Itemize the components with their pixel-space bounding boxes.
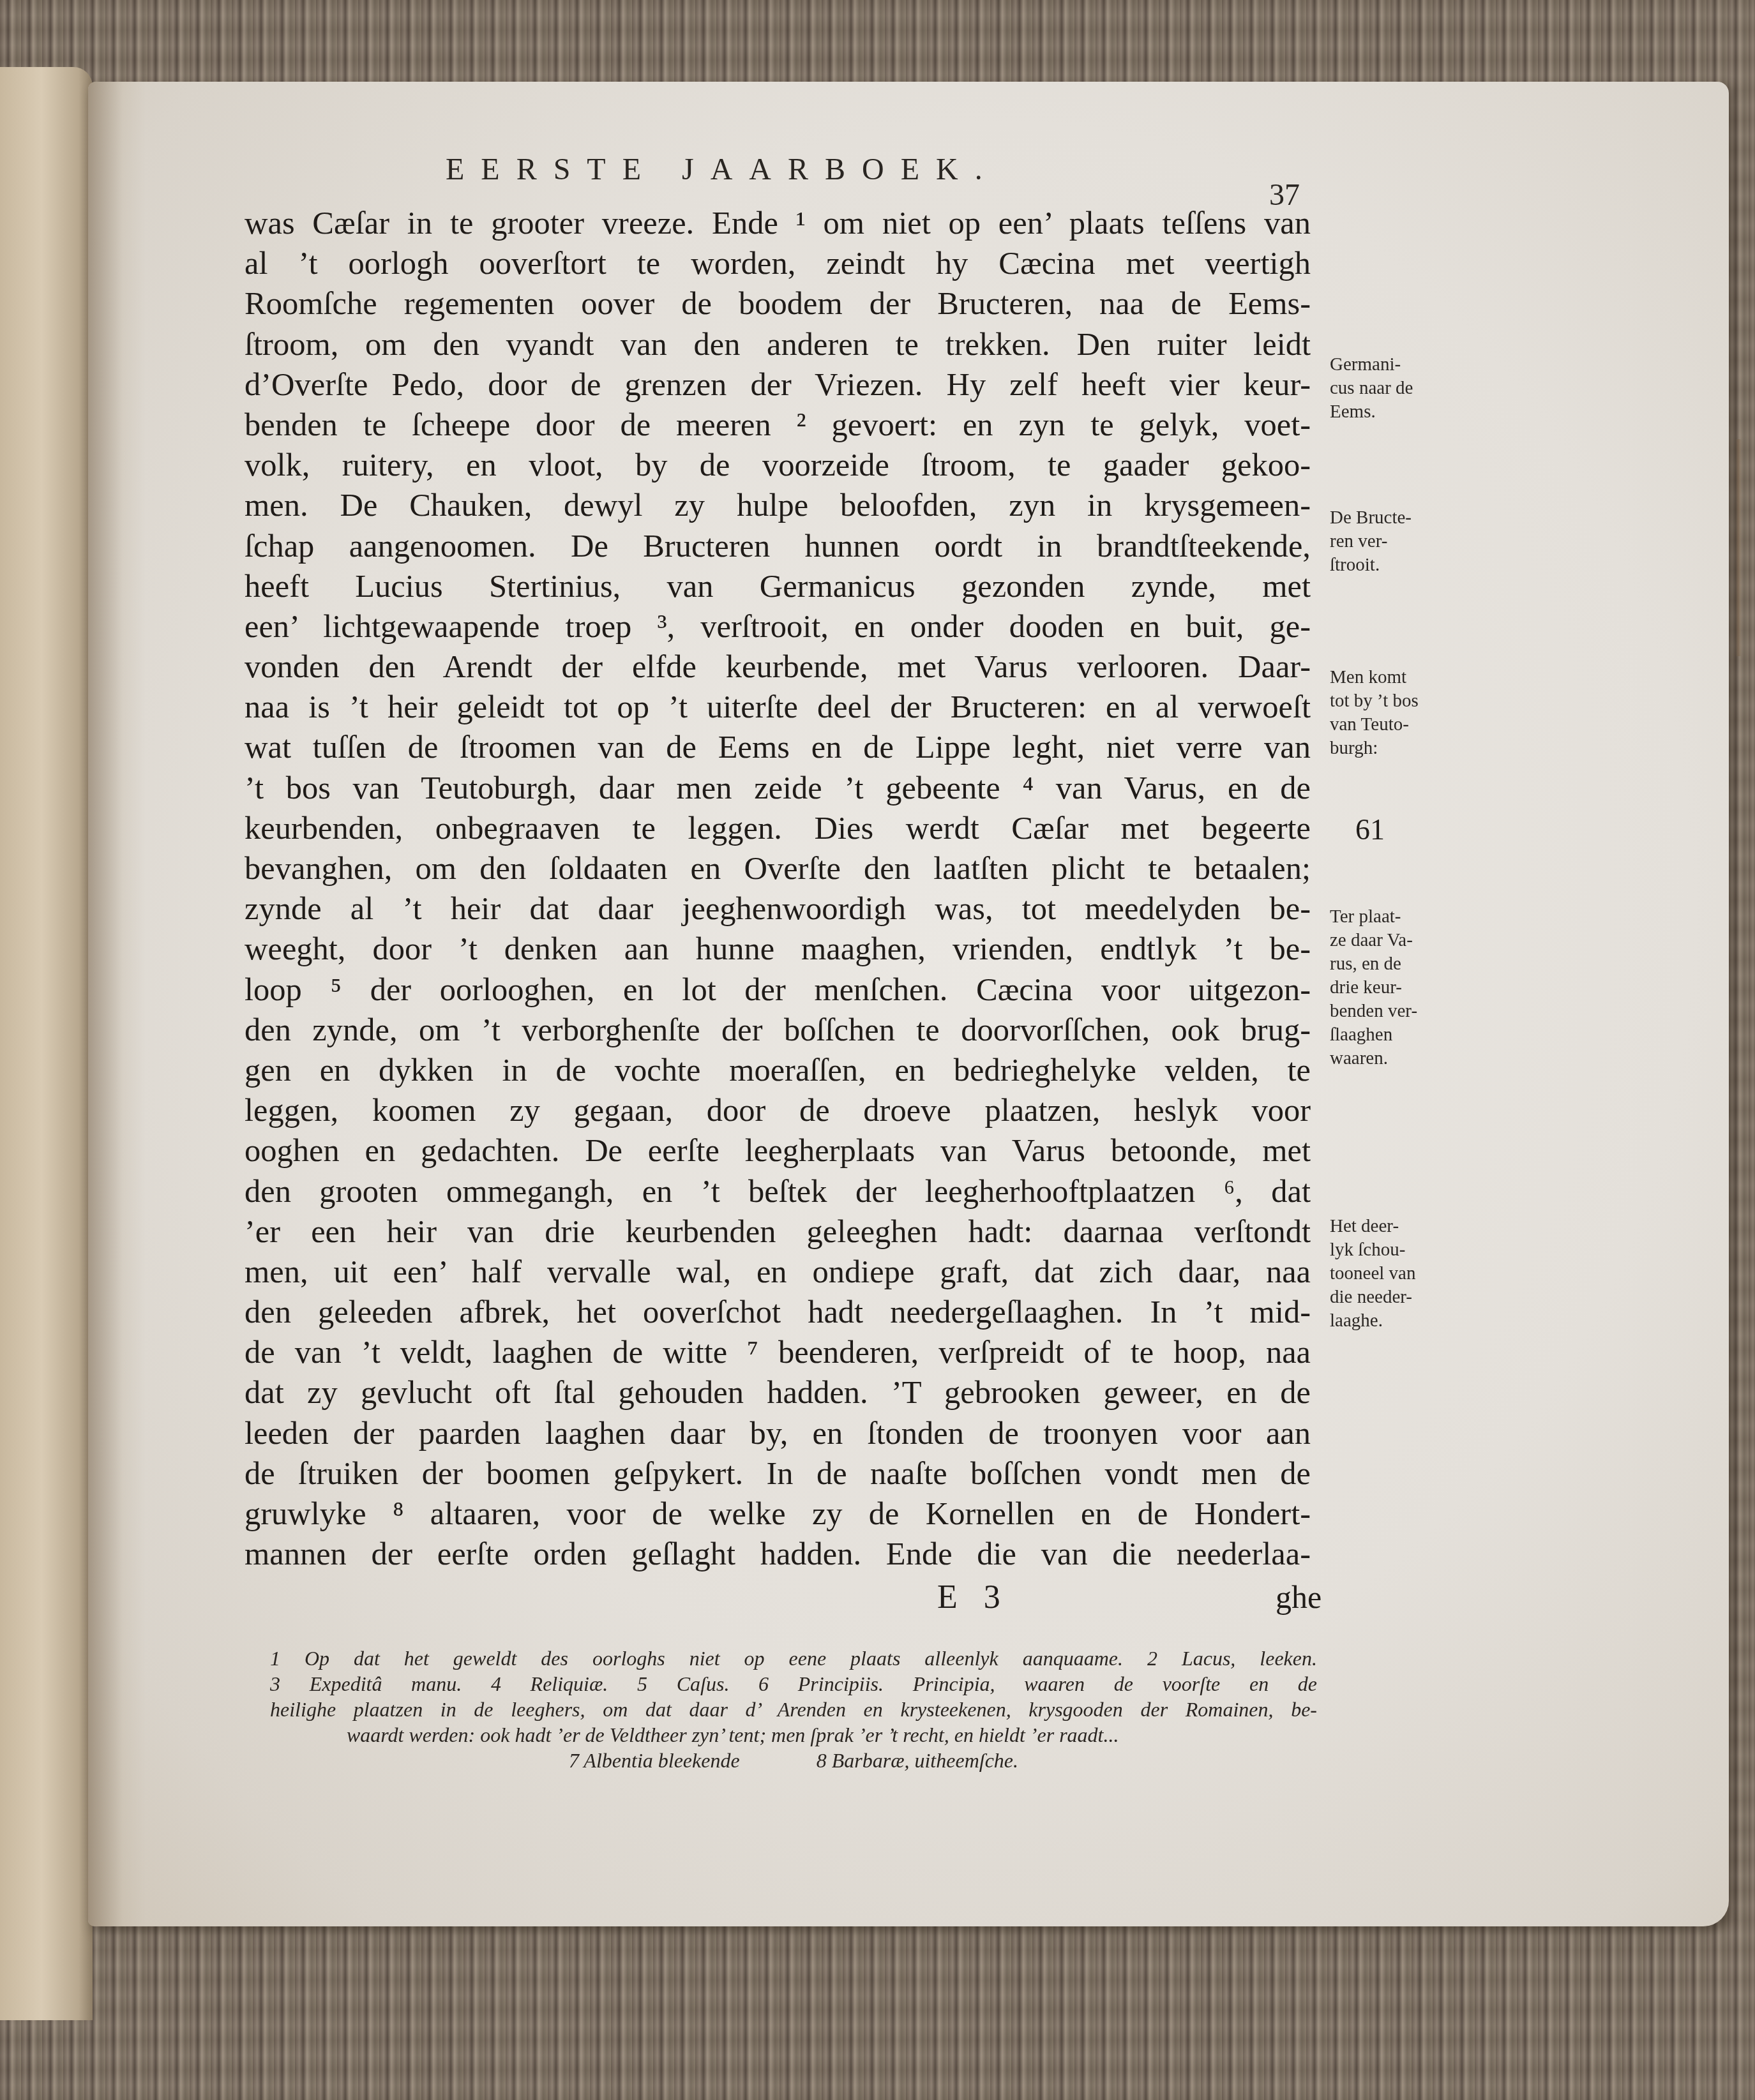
footnote-line: 3 Expeditâ manu. 4 Reliquiæ. 5 Caſus. 6 … (270, 1671, 1317, 1697)
body-line: de van ’t veldt, laaghen de witte ⁷ been… (245, 1332, 1311, 1372)
body-line: ooghen en gedachten. De eerſte leegherpl… (245, 1130, 1311, 1171)
body-line: al ’t oorlogh ooverſtort te worden, zein… (245, 243, 1311, 283)
body-line: loop ⁵ der oorlooghen, en lot der menſch… (245, 970, 1311, 1010)
running-head: EERSTE JAARBOEK. (446, 152, 1339, 187)
body-line: den geleeden afbrek, het ooverſchot hadt… (245, 1292, 1311, 1332)
footnotes: 1 Op dat het geweldt des oorloghs niet o… (270, 1646, 1317, 1773)
body-line: d’Overſte Pedo, door de grenzen der Vrie… (245, 364, 1311, 405)
margin-note-germanicus: Germani- cus naar de Eems. (1330, 353, 1477, 424)
body-line: den grooten ommegangh, en ’t beſtek der … (245, 1171, 1311, 1211)
body-line: heeft Lucius Stertinius, van Germanicus … (245, 566, 1311, 606)
body-line: wat tuſſen de ſtroomen van de Eems en de… (245, 727, 1311, 767)
body-line: ſchap aangenoomen. De Bructeren hunnen o… (245, 526, 1311, 566)
body-line: naa is ’t heir geleidt tot op ’t uiterſt… (245, 687, 1311, 727)
body-line: vonden den Arendt der elfde keurbende, m… (245, 647, 1311, 687)
body-line: Roomſche regementen oover de boodem der … (245, 283, 1311, 324)
body-line: benden te ſcheepe door de meeren ² gevoe… (245, 405, 1311, 445)
book-page: EERSTE JAARBOEK. 37 was Cæſar in te groo… (88, 82, 1729, 1926)
body-line: bevanghen, om den ſoldaaten en Overſte d… (245, 848, 1311, 889)
body-text: was Cæſar in te grooter vreeze. Ende ¹ o… (245, 203, 1311, 1574)
body-line: mannen der eerſte orden geſlaght hadden.… (245, 1534, 1311, 1574)
body-line: gen en dykken in de vochte moeraſſen, en… (245, 1050, 1311, 1090)
footnote-line: waardt werden: ook hadt ’er de Veldtheer… (270, 1722, 1317, 1748)
margin-note-teutoburgh: Men komt tot by ’t bos van Teuto- burgh: (1330, 666, 1477, 760)
printer-signature: E 3 (937, 1579, 1009, 1616)
folio-marker: 61 (1355, 813, 1385, 846)
body-line: weeght, door ’t denken aan hunne maaghen… (245, 929, 1311, 969)
body-line: een’ lichtgewaapende troep ³, verſtrooit… (245, 606, 1311, 647)
body-line: leeden der paarden laaghen daar by, en ſ… (245, 1413, 1311, 1453)
body-line: ’er een heir van drie keurbenden geleegh… (245, 1211, 1311, 1252)
body-line: ſtroom, om den vyandt van den anderen te… (245, 324, 1311, 364)
footnote-line: 7 Albentia bleekende8 Barbaræ, uitheemſc… (270, 1748, 1317, 1773)
body-line: men. De Chauken, dewyl zy hulpe beloofde… (245, 485, 1311, 525)
footnote-line: heilighe plaatzen in de leeghers, om dat… (270, 1697, 1317, 1722)
body-line: leggen, koomen zy gegaan, door de droeve… (245, 1090, 1311, 1130)
body-line: de ſtruiken der boomen geſpykert. In de … (245, 1453, 1311, 1494)
page-crease (1735, 439, 1742, 656)
body-line: men, uit een’ half vervalle wal, en ondi… (245, 1252, 1311, 1292)
margin-note-bructeren: De Bructe- ren ver- ſtrooit. (1330, 506, 1477, 577)
body-line: dat zy gevlucht oft ſtal gehouden hadden… (245, 1372, 1311, 1413)
catchword: ghe (1276, 1579, 1322, 1616)
body-line: ’t bos van Teutoburgh, daar men zeide ’t… (245, 768, 1311, 808)
body-line: keurbenden, onbegraaven te leggen. Dies … (245, 808, 1311, 848)
footnote-line: 1 Op dat het geweldt des oorloghs niet o… (270, 1646, 1317, 1671)
body-line: was Cæſar in te grooter vreeze. Ende ¹ o… (245, 203, 1311, 243)
body-line: zynde al ’t heir dat daar jeeghenwoordig… (245, 889, 1311, 929)
margin-note-varus-place: Ter plaat- ze daar Va- rus, en de drie k… (1330, 905, 1477, 1070)
body-line: volk, ruitery, en vloot, by de voorzeide… (245, 445, 1311, 485)
body-line: den zynde, om ’t verborghenſte der boſſc… (245, 1010, 1311, 1050)
body-line: gruwlyke ⁸ altaaren, voor de welke zy de… (245, 1494, 1311, 1534)
facing-page-edge (0, 67, 93, 2020)
margin-note-defeat-scene: Het deer- lyk ſchou- tooneel van die nee… (1330, 1215, 1477, 1333)
page-gutter-shadow (88, 82, 146, 1926)
